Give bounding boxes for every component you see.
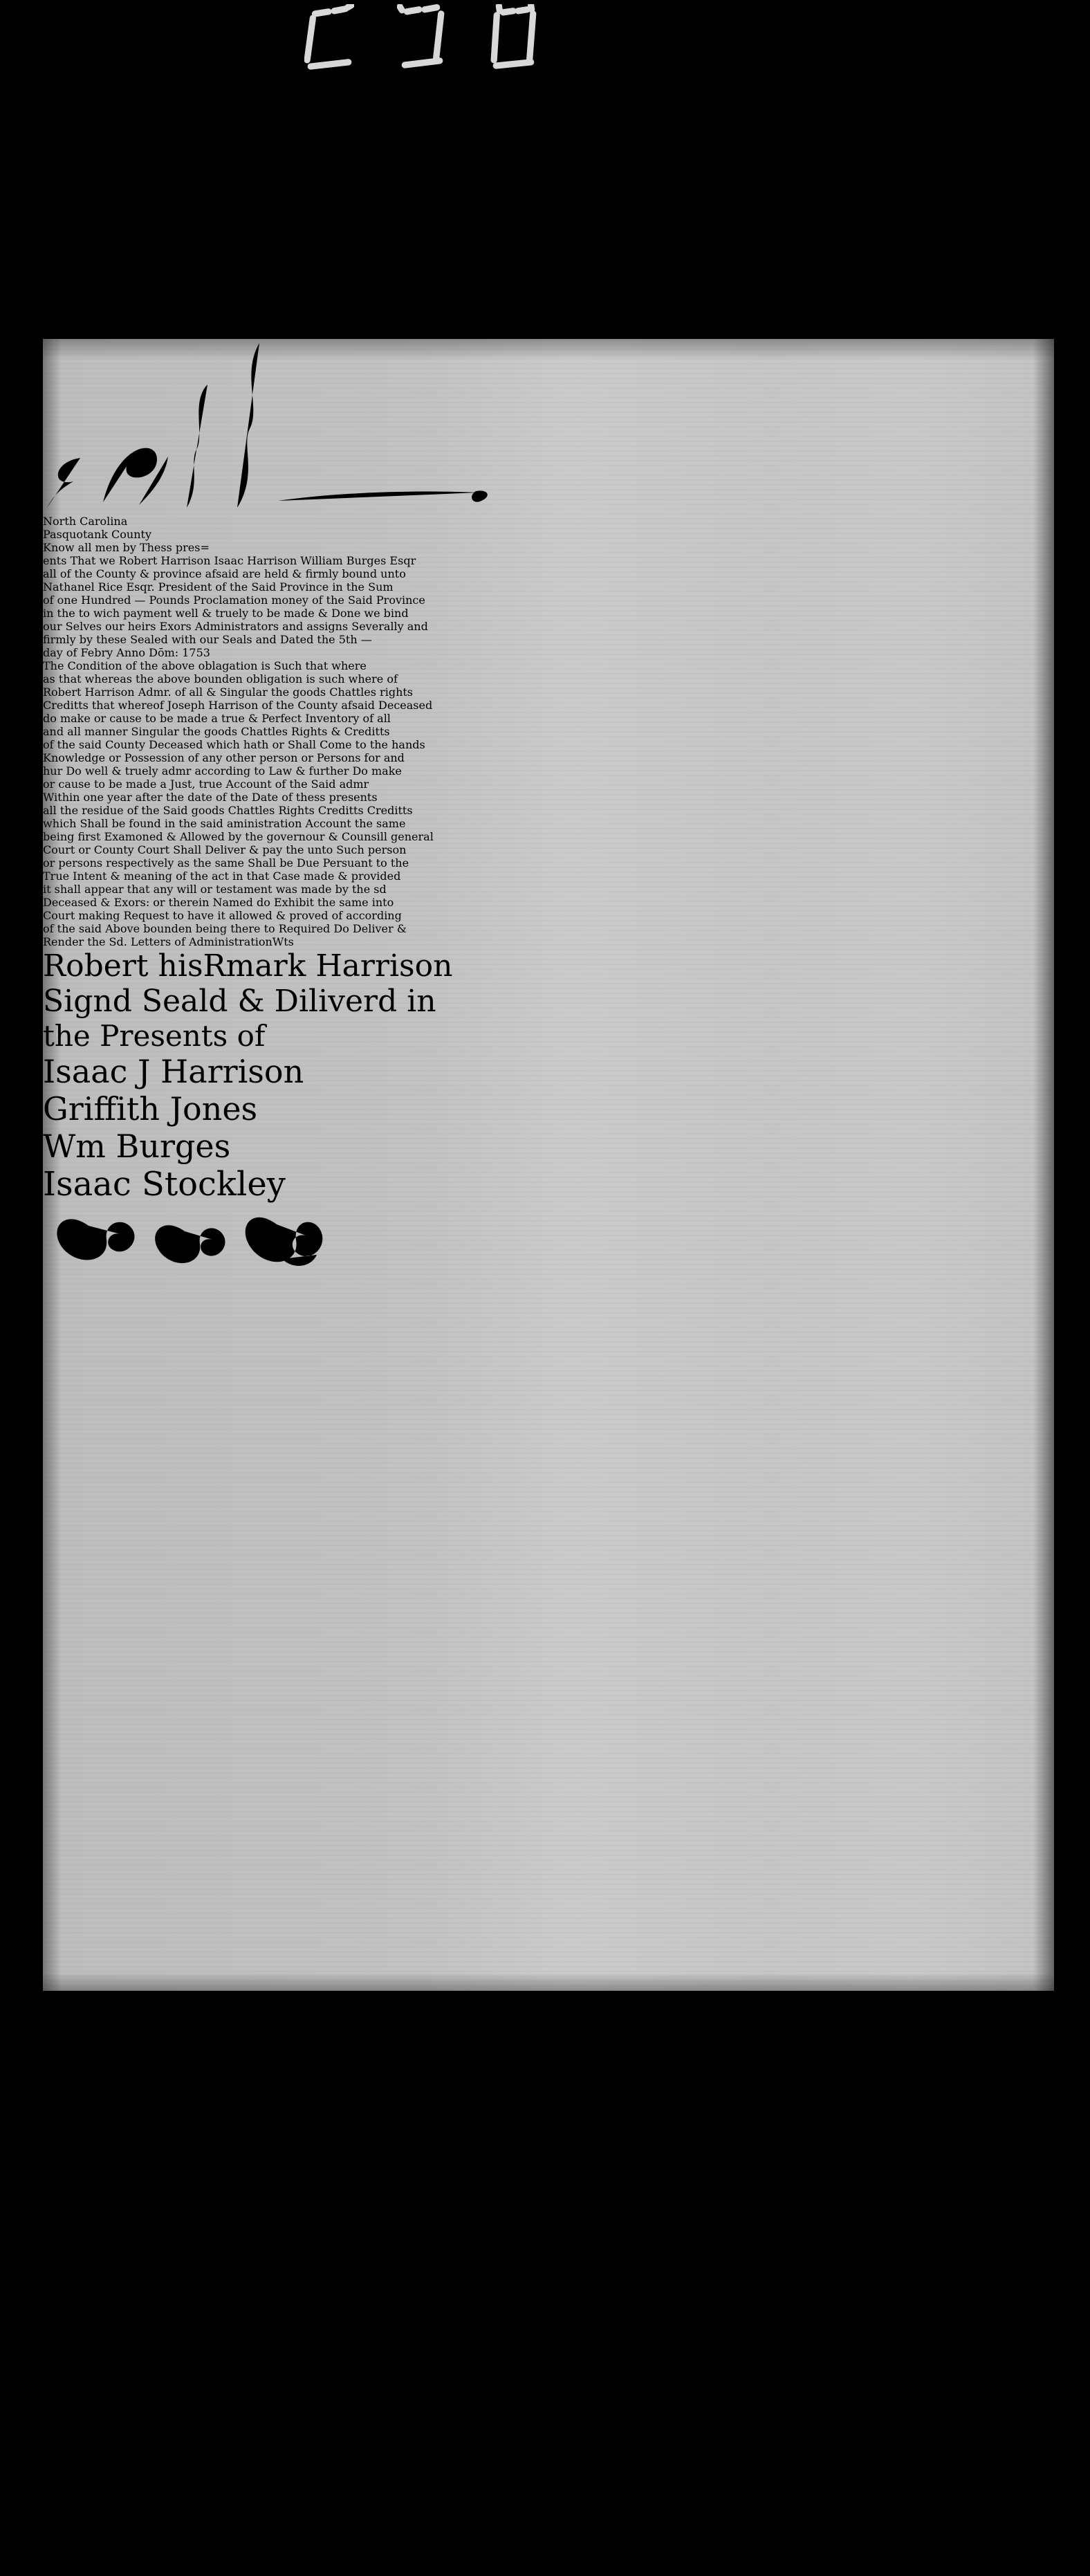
- document-text-line: of the said County Deceased which hath o…: [43, 738, 1054, 751]
- seal-scribble-icon: [234, 1204, 325, 1278]
- witness-brace: [222, 339, 270, 512]
- presents-of-stroke: [274, 477, 502, 512]
- text-segment: Know: [43, 541, 75, 554]
- document-text-line: all the residue of the Said goods Chattl…: [43, 804, 1054, 817]
- text-segment: in the to wich payment well & truely to …: [43, 607, 409, 620]
- text-segment: the: [286, 843, 304, 856]
- document-text-line: all of the County & province afsaid are …: [43, 567, 1054, 580]
- text-segment: all men by Thess pres=: [75, 541, 210, 554]
- document-text-line: Knowledge or Possession of any other per…: [43, 751, 1054, 764]
- document-text-line: hur Do well & truely admr according to L…: [43, 764, 1054, 778]
- document-text-line: do make or cause to be made a true & Per…: [43, 712, 1054, 725]
- text-segment: Robert: [43, 948, 158, 984]
- text-segment: ts: [403, 686, 413, 699]
- document-text-line: in the to wich payment well & truely to …: [43, 607, 1054, 620]
- film-counter-digit-1: [304, 4, 354, 76]
- text-segment: d: [379, 883, 386, 896]
- signature-william-burges: Wm Burges: [43, 1128, 1054, 1165]
- witness-attestation-line: the Presents of: [43, 1019, 1054, 1053]
- text-segment: ts: [284, 935, 294, 948]
- text-segment: W: [43, 1128, 75, 1165]
- text-segment: Deceased & Ex: [43, 896, 128, 909]
- document-text-line: Nathanel Rice Esqr. President of the Sai…: [43, 580, 1054, 594]
- text-segment: Robert Harrison Adm: [43, 686, 164, 699]
- text-segment: : or therein Named do Exhibit the same i…: [146, 896, 394, 909]
- text-segment: which Shall be found in the said aminist…: [43, 817, 405, 830]
- document-text-line: or cause to be made a Just, true Account…: [43, 778, 1054, 791]
- text-segment: Pasquotank County: [43, 528, 151, 541]
- opening-paraph-flourish: [43, 452, 87, 512]
- text-segment: True Intent & meaning of the act in that…: [43, 870, 400, 883]
- text-segment: and: [43, 725, 67, 738]
- heading-paraph-flourish: [91, 436, 174, 512]
- text-segment: all the residue of the Said goods Chattl…: [43, 804, 413, 817]
- document-text-line: of one Hundred — Pounds Proclamation mon…: [43, 594, 1054, 607]
- document-text-line: Within one year after the date of the Da…: [43, 791, 1054, 804]
- text-segment: day of Feb: [43, 646, 101, 659]
- text-segment: Render the S: [43, 935, 117, 948]
- document-text-line: Render the Sd. Letters of Administration…: [43, 935, 1054, 948]
- text-segment: . Letters of Administration: [124, 935, 272, 948]
- text-segment: rison: [230, 699, 258, 712]
- text-segment: — Pounds Proclamation money of the Said …: [131, 594, 425, 607]
- document-text-line: of the said Above bounden being there to…: [43, 922, 1054, 935]
- text-segment: Harrison: [306, 948, 452, 984]
- witness-signature-isaac-stockley: Isaac Stockley: [43, 1165, 1054, 1204]
- document-text-line: and all manner Singular the goods Chattl…: [43, 725, 1054, 738]
- text-segment: his: [158, 948, 203, 984]
- document-text-line: The Condition of the above oblagation is…: [43, 659, 1054, 672]
- text-segment: 5: [339, 633, 346, 646]
- text-segment: Hundred: [81, 594, 131, 607]
- segmented-o-glyph: [490, 4, 539, 76]
- document-text-line: North Carolina: [43, 515, 1054, 528]
- text-segment: Court or County Court Shall Deliver & pa…: [43, 843, 286, 856]
- text-segment: r: [364, 778, 369, 791]
- document-text-line: being first Examoned & Allowed by the go…: [43, 830, 1054, 843]
- text-segment: Griffith Jones: [43, 1090, 257, 1128]
- text-segment: firmly by these Sealed with our Seals an…: [43, 633, 339, 646]
- text-segment: R: [203, 948, 226, 984]
- film-counter: [304, 4, 609, 80]
- document-text-line: Creditts that whereof Joseph Harrison of…: [43, 699, 1054, 712]
- text-segment: do make or cause to be made a true & Per…: [43, 712, 391, 725]
- signature-robert-harrison: Robert hisRmark Harrison: [43, 948, 1054, 984]
- text-segment: hur Do well & truely adm: [43, 764, 186, 778]
- text-segment: W: [272, 935, 284, 948]
- document-text-line: which Shall be found in the said aminist…: [43, 817, 1054, 830]
- text-segment: of the said County Deceased which hath o…: [43, 738, 425, 751]
- text-segment: all manner: [67, 725, 127, 738]
- text-segment: obligation is such where of: [246, 672, 398, 686]
- text-segment: d: [117, 935, 124, 948]
- text-segment: ral: [418, 830, 434, 843]
- document-text-line: Court making Request to have it allowed …: [43, 909, 1054, 922]
- text-segment: Knowledge or Possession of any other per…: [43, 751, 405, 764]
- text-segment: of the County afsaid Deceased: [258, 699, 432, 712]
- text-segment: 1753: [182, 646, 210, 659]
- document-text-line: Court or County Court Shall Deliver & pa…: [43, 843, 1054, 856]
- text-segment: Anno Dōm:: [113, 646, 182, 659]
- text-segment: m: [75, 1128, 106, 1165]
- text-segment: ry: [101, 646, 113, 659]
- text-segment: of all & Singular the goods Chattles rig…: [172, 686, 403, 699]
- document-text-line: our Selves our heirs Exors Administrator…: [43, 620, 1054, 633]
- segmented-c-glyph: [304, 4, 354, 76]
- text-segment: our Selves our heirs Exors Administrator…: [43, 620, 428, 633]
- handwriting-layer: North Carolina Pasquotank County Know al…: [43, 339, 1054, 1281]
- text-segment: ors: [128, 896, 146, 909]
- text-segment: as that whereas the above bounden: [43, 672, 246, 686]
- document-text-line: it shall appear that any will or testame…: [43, 883, 1054, 896]
- text-segment: Burges: [106, 1128, 230, 1165]
- document-text-line: Robert Harrison Admr. of all & Singular …: [43, 686, 1054, 699]
- text-segment: or persons respectively as the same Shal…: [43, 856, 409, 870]
- text-segment: mark: [226, 948, 306, 984]
- text-segment: or cause to be made a Just, true Account…: [43, 778, 364, 791]
- text-segment: of the said Above bounden being there to…: [43, 922, 407, 935]
- document-text-line: or persons respectively as the same Shal…: [43, 856, 1054, 870]
- text-segment: Condition of the above oblagation is Suc…: [64, 659, 366, 672]
- text-segment: Singular the goods Chattles Rights & Cre…: [127, 725, 389, 738]
- text-segment: being first Examoned & Allowed by the go…: [43, 830, 418, 843]
- text-segment: Within one year after the date of the Da…: [43, 791, 378, 804]
- text-segment: Nathanel Rice Esq: [43, 580, 147, 594]
- text-segment: Signd Seald & Diliverd in: [43, 984, 436, 1019]
- county-brace: [177, 380, 219, 512]
- text-segment: all of the County & province afsaid are …: [43, 567, 406, 580]
- document-text-line: ents That we Robert Harrison Isaac Harri…: [43, 554, 1054, 567]
- text-segment: Creditts that whereof Joseph Har: [43, 699, 230, 712]
- text-segment: . President of the Said Province in the …: [151, 580, 394, 594]
- document-text-line: Pasquotank County: [43, 528, 1054, 541]
- text-segment: —: [358, 633, 372, 646]
- film-counter-digit-2: [397, 4, 447, 76]
- signature-isaac-harrison: Isaac J Harrison: [43, 1053, 1054, 1090]
- document-text-line: firmly by these Sealed with our Seals an…: [43, 633, 1054, 646]
- microfilm-frame: North Carolina Pasquotank County Know al…: [0, 0, 1090, 2576]
- text-segment: unto Such person: [304, 843, 406, 856]
- text-segment: of one: [43, 594, 81, 607]
- document-text-line: Deceased & Exors: or therein Named do Ex…: [43, 896, 1054, 909]
- text-segment: Isaac Stockley: [43, 1165, 286, 1204]
- document-text-line: day of Febry Anno Dōm: 1753: [43, 646, 1054, 659]
- document-text-line: as that whereas the above bounden obliga…: [43, 672, 1054, 686]
- seal-scribble-icon: [43, 1206, 140, 1278]
- text-segment: Court making Request to have it allowed …: [43, 909, 402, 922]
- text-segment: r.: [164, 686, 172, 699]
- segmented-reversed-c-glyph: [397, 4, 447, 76]
- witness-attestation-line: Signd Seald & Diliverd in: [43, 984, 1054, 1019]
- text-segment: the Presents of: [43, 1019, 265, 1053]
- text-segment: North Carolina: [43, 515, 127, 528]
- text-segment: The: [43, 659, 64, 672]
- text-segment: it shall appear that any will or testame…: [43, 883, 379, 896]
- text-segment: according to Law & further Do make: [191, 764, 401, 778]
- film-counter-digit-3: [490, 4, 539, 76]
- text-segment: ents That we Robert Harrison Isaac Harri…: [43, 554, 411, 567]
- text-segment: r: [411, 554, 416, 567]
- text-segment: th: [346, 633, 358, 646]
- witness-signature-griffith-jones: Griffith Jones: [43, 1090, 1054, 1128]
- document-text-line: True Intent & meaning of the act in that…: [43, 870, 1054, 883]
- document-page: North Carolina Pasquotank County Know al…: [43, 339, 1054, 1991]
- text-segment: Isaac J Harrison: [43, 1053, 304, 1090]
- seal-scribble-icon: [143, 1215, 230, 1278]
- document-text-line: Know all men by Thess pres=: [43, 541, 1054, 554]
